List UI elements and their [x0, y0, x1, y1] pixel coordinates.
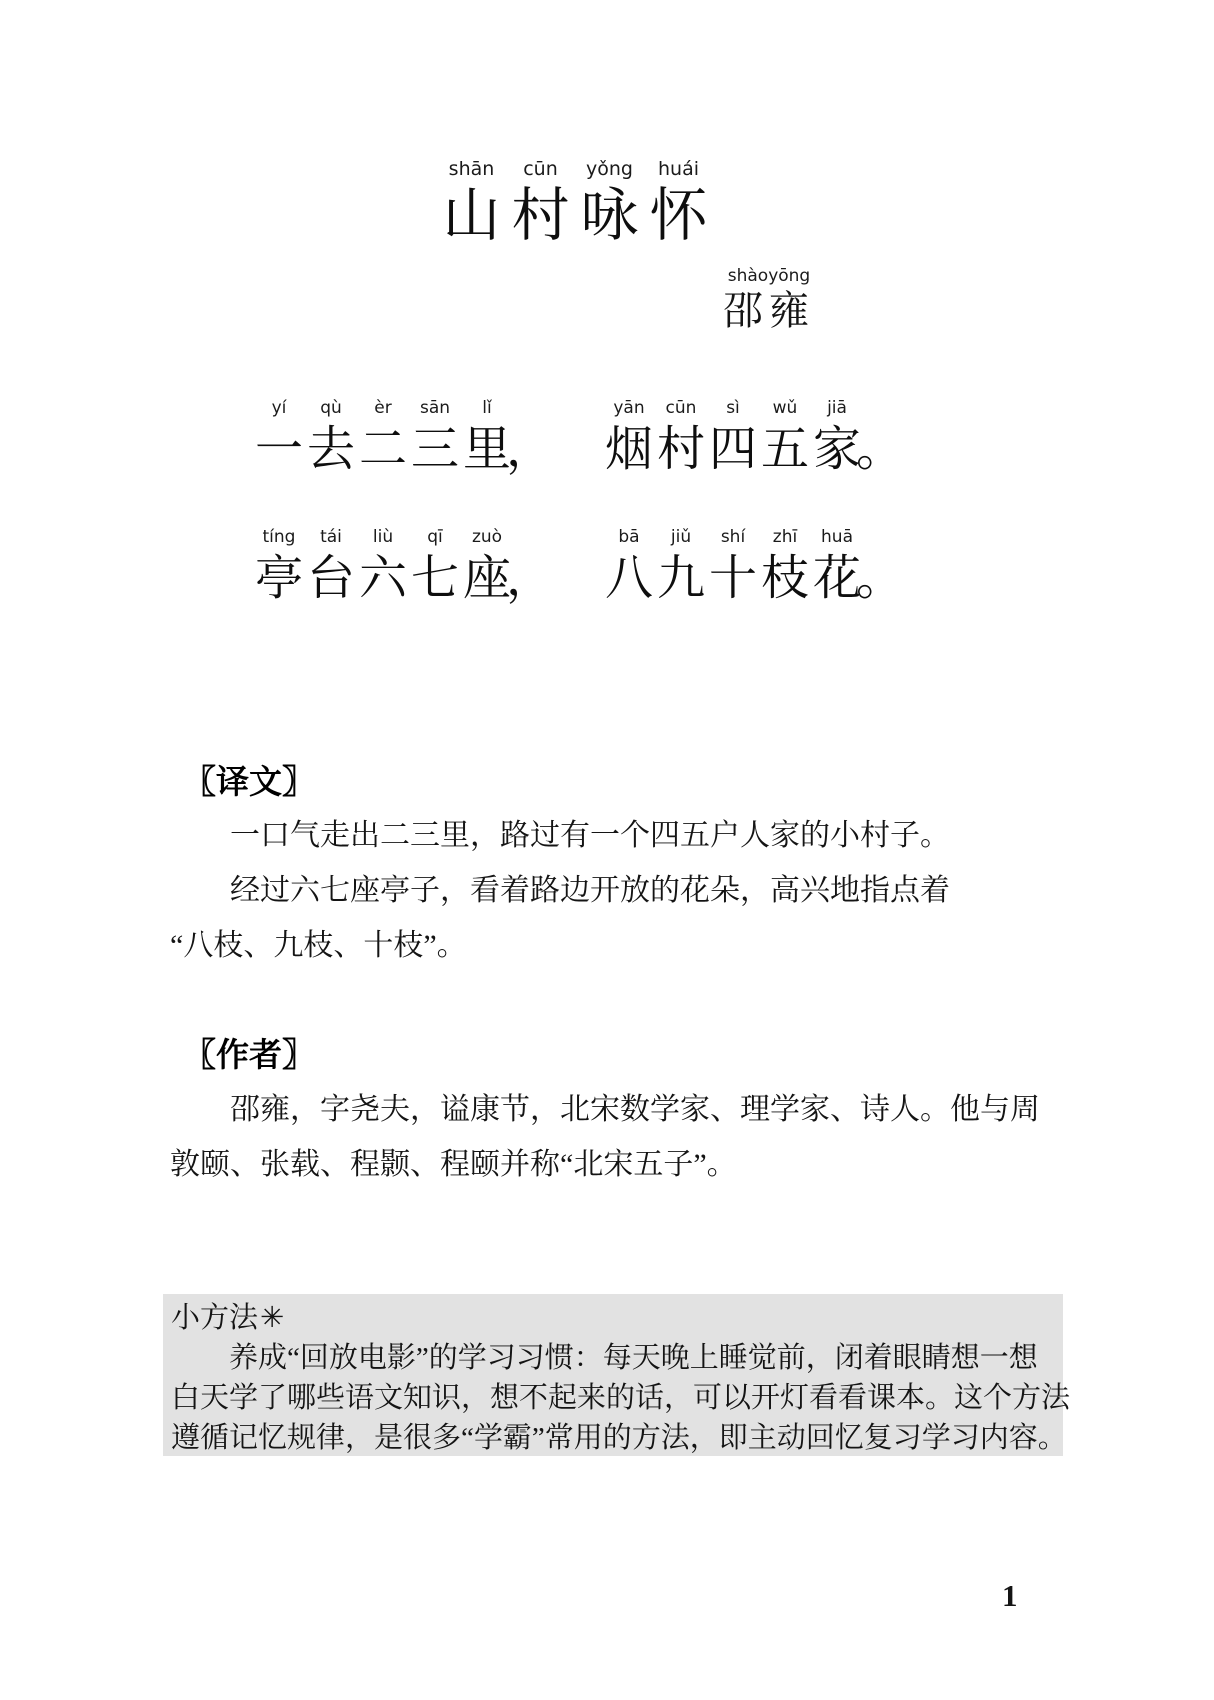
punctuation-cell: ， — [513, 398, 547, 478]
hanzi-cell: wǔ五 — [759, 398, 811, 478]
text-line: 一口气走出二三里，路过有一个四五户人家的小村子。 — [170, 808, 1062, 863]
pinyin-syllable: qī — [427, 527, 443, 551]
poem-line-1: yí一qù去èr二sān三lǐ里， yān烟cūn村sì四wǔ五jiā家。 — [253, 398, 897, 478]
pinyin-syllable: yǒng — [586, 158, 633, 184]
chinese-character: 六 — [359, 551, 407, 607]
pinyin-syllable: cūn — [666, 398, 697, 422]
chinese-character: 十 — [709, 551, 757, 607]
tip-box-title: 小方法 — [171, 1302, 258, 1334]
poem-line-1-first-half: yí一qù去èr二sān三lǐ里， — [253, 398, 547, 478]
pinyin-syllable: sān — [420, 398, 450, 422]
hanzi-cell: sān三 — [409, 398, 461, 478]
pinyin-syllable: huái — [658, 158, 699, 184]
pinyin-syllable: lǐ — [482, 398, 491, 422]
text-line: 经过六七座亭子，看着路边开放的花朵，高兴地指点着 — [170, 863, 1062, 918]
book-page: shān山cūn村yǒng咏huái怀 shàoyōng 邵雍 yí一qù去èr… — [0, 0, 1214, 1700]
hanzi-cell: shí十 — [707, 527, 759, 607]
chinese-character: 枝 — [761, 551, 809, 607]
chinese-character: 三 — [411, 422, 459, 478]
chinese-character: 二 — [359, 422, 407, 478]
chinese-character: 烟 — [605, 422, 653, 478]
chinese-character: ， — [506, 422, 554, 478]
pinyin-syllable: cūn — [523, 158, 558, 184]
page-number: 1 — [1002, 1578, 1018, 1614]
hanzi-cell: huái怀 — [644, 158, 713, 248]
hanzi-cell: tíng亭 — [253, 527, 305, 607]
text-line: “八枝、九枝、十枝”。 — [170, 918, 1062, 973]
poem-title: shān山cūn村yǒng咏huái怀 — [437, 158, 713, 248]
hanzi-cell: jiǔ九 — [655, 527, 707, 607]
translation-text: 一口气走出二三里，路过有一个四五户人家的小村子。经过六七座亭子，看着路边开放的花… — [170, 808, 1062, 973]
pinyin-syllable: yí — [272, 398, 287, 422]
chinese-character: 去 — [307, 422, 355, 478]
chinese-character: 台 — [307, 551, 355, 607]
poem-author: shàoyōng 邵雍 — [714, 266, 824, 334]
chinese-character: 亭 — [255, 551, 303, 607]
punctuation-cell: 。 — [863, 398, 897, 478]
hanzi-cell: cūn村 — [655, 398, 707, 478]
chinese-character: 怀 — [649, 184, 707, 248]
tip-box: 小方法✳ 养成“回放电影”的学习习惯：每天晚上睡觉前，闭着眼睛想一想白天学了哪些… — [163, 1294, 1063, 1456]
chinese-character: 山 — [442, 184, 500, 248]
hanzi-cell: yí一 — [253, 398, 305, 478]
pinyin-syllable: sì — [726, 398, 740, 422]
hanzi-cell: tái台 — [305, 527, 357, 607]
poem-line-2: tíng亭tái台liù六qī七zuò座， bā八jiǔ九shí十zhī枝huā… — [253, 527, 897, 607]
pinyin-syllable: tái — [320, 527, 342, 551]
pinyin-syllable: jiā — [827, 398, 847, 422]
author-bio-text: 邵雍，字尧夫，谥康节，北宋数学家、理学家、诗人。他与周敦颐、张载、程颢、程颐并称… — [170, 1082, 1062, 1192]
section-heading-translation: 〖译文〗 — [183, 762, 315, 802]
pinyin-syllable: wǔ — [773, 398, 798, 422]
author-name: 邵雍 — [714, 288, 824, 334]
author-pinyin: shàoyōng — [714, 266, 824, 288]
text-line: 遵循记忆规律，是很多“学霸”常用的方法，即主动回忆复习学习内容。 — [171, 1418, 1055, 1458]
poem-line-2-second-half: bā八jiǔ九shí十zhī枝huā花。 — [603, 527, 897, 607]
text-line: 邵雍，字尧夫，谥康节，北宋数学家、理学家、诗人。他与周 — [170, 1082, 1062, 1137]
chinese-character: 里 — [463, 422, 511, 478]
hanzi-cell: shān山 — [437, 158, 506, 248]
chinese-character: 五 — [761, 422, 809, 478]
chinese-character: 花 — [813, 551, 861, 607]
pinyin-syllable: jiǔ — [671, 527, 691, 551]
pinyin-syllable: tíng — [263, 527, 296, 551]
chinese-character: 。 — [856, 551, 904, 607]
hanzi-cell: èr二 — [357, 398, 409, 478]
chinese-character: 家 — [813, 422, 861, 478]
punctuation-cell: 。 — [863, 527, 897, 607]
pinyin-syllable: qù — [320, 398, 342, 422]
hanzi-cell: qù去 — [305, 398, 357, 478]
chinese-character: 咏 — [580, 184, 638, 248]
tip-box-text: 养成“回放电影”的学习习惯：每天晚上睡觉前，闭着眼睛想一想白天学了哪些语文知识，… — [171, 1338, 1055, 1458]
chinese-character: 座 — [463, 551, 511, 607]
chinese-character: 九 — [657, 551, 705, 607]
hanzi-cell: liù六 — [357, 527, 409, 607]
poem-line-1-second-half: yān烟cūn村sì四wǔ五jiā家。 — [603, 398, 897, 478]
chinese-character: 一 — [255, 422, 303, 478]
pinyin-syllable: èr — [374, 398, 391, 422]
asterisk-icon: ✳ — [260, 1302, 284, 1334]
punctuation-cell: ， — [513, 527, 547, 607]
pinyin-syllable: shān — [449, 158, 495, 184]
text-line: 养成“回放电影”的学习习惯：每天晚上睡觉前，闭着眼睛想一想 — [171, 1338, 1055, 1378]
hanzi-cell: qī七 — [409, 527, 461, 607]
chinese-character: 七 — [411, 551, 459, 607]
pinyin-syllable: liù — [373, 527, 393, 551]
poem-line-2-first-half: tíng亭tái台liù六qī七zuò座， — [253, 527, 547, 607]
tip-box-label: 小方法✳ — [171, 1298, 1055, 1338]
hanzi-cell: bā八 — [603, 527, 655, 607]
chinese-character: 村 — [511, 184, 569, 248]
hanzi-cell: zhī枝 — [759, 527, 811, 607]
pinyin-syllable: zhī — [773, 527, 797, 551]
chinese-character: 四 — [709, 422, 757, 478]
chinese-character: ， — [506, 551, 554, 607]
chinese-character: 。 — [856, 422, 904, 478]
section-heading-author: 〖作者〗 — [183, 1035, 315, 1075]
text-line: 敦颐、张载、程颢、程颐并称“北宋五子”。 — [170, 1137, 1062, 1192]
pinyin-syllable: zuò — [472, 527, 502, 551]
pinyin-syllable: huā — [821, 527, 853, 551]
pinyin-syllable: bā — [618, 527, 639, 551]
chinese-character: 村 — [657, 422, 705, 478]
hanzi-cell: yǒng咏 — [575, 158, 644, 248]
pinyin-syllable: shí — [721, 527, 745, 551]
pinyin-syllable: yān — [613, 398, 644, 422]
hanzi-cell: sì四 — [707, 398, 759, 478]
hanzi-cell: yān烟 — [603, 398, 655, 478]
text-line: 白天学了哪些语文知识，想不起来的话，可以开灯看看课本。这个方法 — [171, 1378, 1055, 1418]
hanzi-cell: cūn村 — [506, 158, 575, 248]
chinese-character: 八 — [605, 551, 653, 607]
